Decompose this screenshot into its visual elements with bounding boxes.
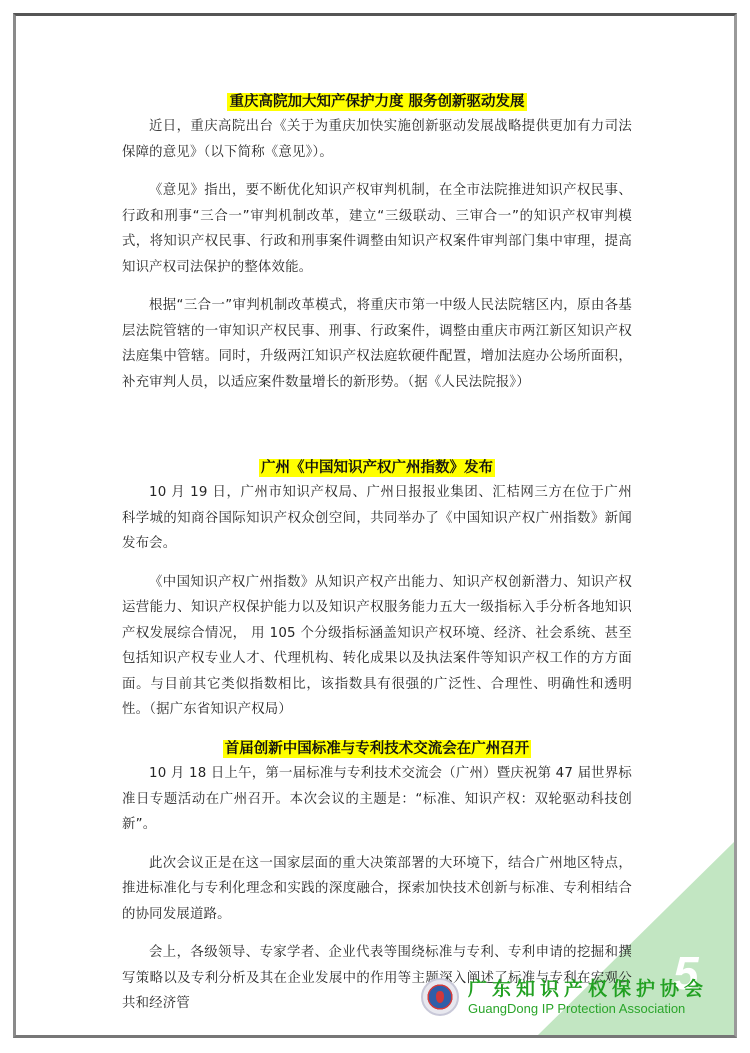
org-name-english: GuangDong IP Protection Association	[468, 1001, 708, 1017]
news-section-1: 重庆高院加大知产保护力度 服务创新驱动发展 近日，重庆高院出台《关于为重庆加快实…	[122, 91, 632, 395]
org-name-chinese: 广东知识产权保护协会	[468, 977, 708, 1001]
section-title: 广州《中国知识产权广州指数》发布	[122, 457, 632, 479]
news-section-2: 广州《中国知识产权广州指数》发布 10 月 19 日，广州市知识产权局、广州日报…	[122, 457, 632, 723]
association-emblem-icon	[421, 978, 459, 1016]
paragraph: 10 月 18 日上午，第一届标准与专利技术交流会（广州）暨庆祝第 47 届世界…	[122, 761, 632, 838]
paragraph: 10 月 19 日，广州市知识产权局、广州日报报业集团、汇桔网三方在位于广州科学…	[122, 480, 632, 557]
paragraph: 《中国知识产权广州指数》从知识产权产出能力、知识产权创新潜力、知识产权运营能力、…	[122, 570, 632, 723]
paragraph: 近日，重庆高院出台《关于为重庆加快实施创新驱动发展战略提供更加有力司法保障的意见…	[122, 114, 632, 165]
section-title: 首届创新中国标准与专利技术交流会在广州召开	[122, 738, 632, 760]
news-section-3: 首届创新中国标准与专利技术交流会在广州召开 10 月 18 日上午，第一届标准与…	[122, 738, 632, 1017]
paragraph: 根据“三合一”审判机制改革模式，将重庆市第一中级人民法院辖区内，原由各基层法院管…	[122, 293, 632, 395]
organization-logo: 广东知识产权保护协会 GuangDong IP Protection Assoc…	[421, 977, 708, 1017]
paragraph: 《意见》指出，要不断优化知识产权审判机制，在全市法院推进知识产权民事、行政和刑事…	[122, 178, 632, 280]
document-page: 5 重庆高院加大知产保护力度 服务创新驱动发展 近日，重庆高院出台《关于为重庆加…	[13, 13, 737, 1038]
section-title: 重庆高院加大知产保护力度 服务创新驱动发展	[122, 91, 632, 113]
paragraph: 此次会议正是在这一国家层面的重大决策部署的大环境下，结合广州地区特点，推进标准化…	[122, 851, 632, 928]
